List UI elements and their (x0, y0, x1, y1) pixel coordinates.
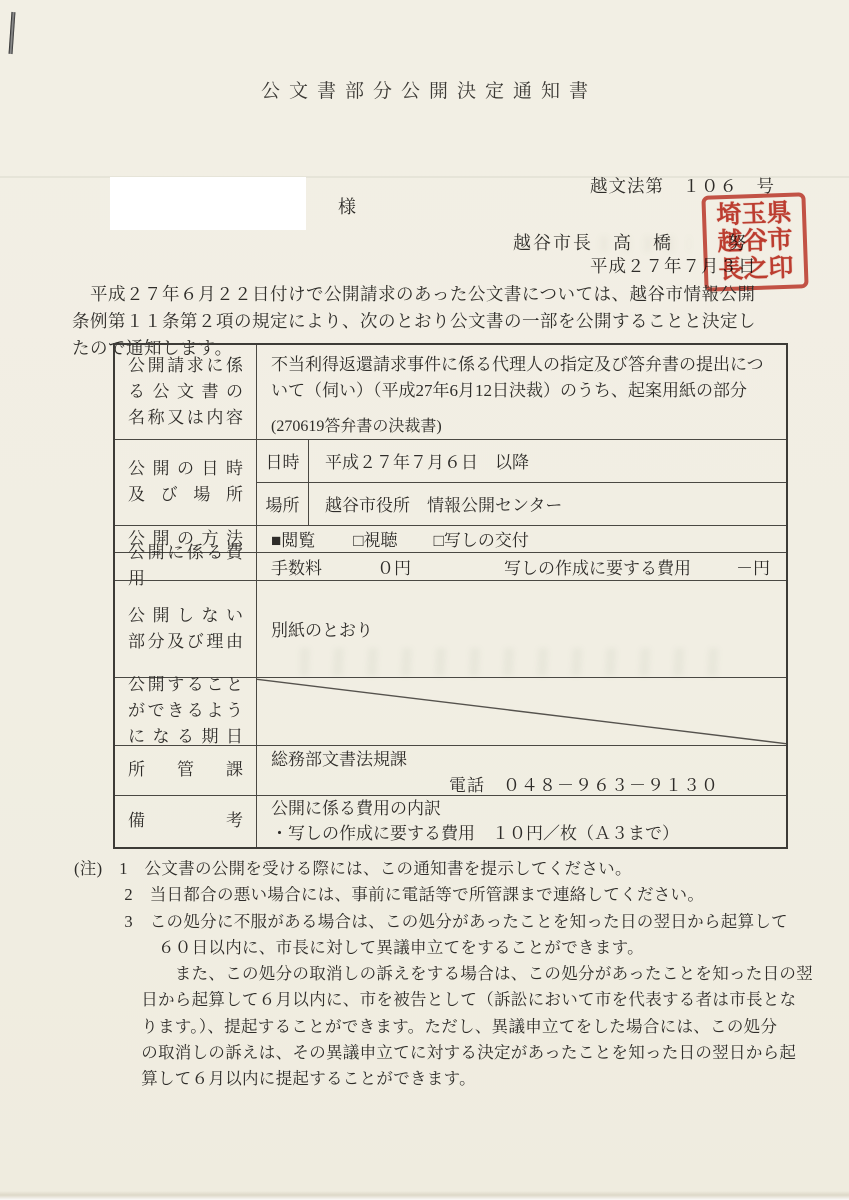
row-value-cell: ■閲覧 □視聴 □写しの交付 (257, 526, 786, 552)
row-value-cell: 不当利得返還請求事件に係る代理人の指定及び答弁書の提出につ いて（伺い）（平成2… (257, 345, 786, 439)
note-line: 算して６月以内に提起することができます。 (74, 1066, 814, 1092)
row-label-cell: 公開の日時 及び場所 (115, 440, 257, 525)
copy-fee-value: －円 (736, 554, 770, 579)
row-label: 公開請求に係 る公文書の 名称又は内容 (128, 353, 243, 431)
table-row-remarks: 備考 公開に係る費用の内訳 ・写しの作成に要する費用 １０円／枚（Ａ３まで） (115, 795, 786, 847)
mayor-official-seal: 埼玉県 越谷市 長之印 (701, 192, 808, 292)
row-label-cell: 公開に係る費用 (115, 553, 257, 580)
row-label-cell: 公開すること ができるよう になる期日 (115, 678, 257, 745)
row-label-cell: 公開請求に係 る公文書の 名称又は内容 (115, 345, 257, 439)
footnotes: (注) 1 公文書の公開を受ける際には、この通知書を提示してください。 2 当日… (74, 856, 814, 1093)
fee-key: 手数料 (271, 554, 322, 579)
subrow-key: 日時 (257, 440, 309, 482)
subrow-datetime: 日時 平成２７年７月６日 以降 (257, 440, 786, 482)
row-label: 所管課 (128, 757, 243, 783)
note-line: (注) 1 公文書の公開を受ける際には、この通知書を提示してください。 (74, 856, 814, 882)
checkbox-copy: □写しの交付 (434, 526, 529, 551)
document-name-note: (270619答弁書の決裁書) (271, 413, 776, 436)
document-title: 公文書部分公開決定通知書 (0, 76, 849, 103)
note-line: 2 当日都合の悪い場合には、事前に電話等で所管課まで連絡してください。 (74, 882, 814, 908)
division-phone: 電話 ０４８－９６３－９１３０ (449, 771, 786, 796)
subrow-key: 場所 (257, 483, 309, 525)
seal-text-row: 長之印 (708, 254, 805, 284)
redacted-addressee-name (110, 177, 306, 230)
row-value-cell: 公開に係る費用の内訳 ・写しの作成に要する費用 １０円／枚（Ａ３まで） (257, 796, 786, 847)
datetime-value: 平成２７年７月６日 以降 (309, 440, 786, 482)
note-line: ６０日以内に、市長に対して異議申立てをすることができます。 (74, 935, 814, 961)
row-label-cell: 備考 (115, 796, 257, 847)
row-value-cell (257, 678, 786, 745)
checkbox-audiovisual: □視聴 (353, 526, 397, 551)
table-row-datetime-place: 公開の日時 及び場所 日時 平成２７年７月６日 以降 場所 越谷市役所 情報公開… (115, 439, 786, 525)
table-row-fees: 公開に係る費用 手数料 ０円 写しの作成に要する費用 －円 (115, 552, 786, 580)
addressee-honorific: 様 (338, 193, 356, 219)
table-row-future-disclosure-date: 公開すること ができるよう になる期日 (115, 677, 786, 745)
row-value-cell: 総務部文書法規課 電話 ０４８－９６３－９１３０ (257, 746, 786, 795)
row-label-cell: 公開しない 部分及び理由 (115, 581, 257, 677)
remarks-line1: 公開に係る費用の内訳 (271, 796, 786, 821)
diagonal-strike-line (257, 678, 786, 745)
subrow-place: 場所 越谷市役所 情報公開センター (257, 482, 786, 525)
document-name-value: 不当利得返還請求事件に係る代理人の指定及び答弁書の提出につ いて（伺い）（平成2… (271, 352, 776, 404)
table-row-responsible-division: 所管課 総務部文書法規課 電話 ０４８－９６３－９１３０ (115, 745, 786, 795)
row-value-cell: 別紙のとおり (257, 581, 786, 677)
row-label: 公開しない 部分及び理由 (128, 603, 243, 655)
row-label: 備考 (128, 808, 243, 834)
division-name: 総務部文書法規課 (271, 745, 786, 770)
place-value: 越谷市役所 情報公開センター (309, 483, 786, 525)
note-line: また、この処分の取消しの訴えをする場合は、この処分があったことを知った日の翌 (74, 961, 814, 987)
fee-value: ０円 (377, 554, 411, 579)
nondisclosed-value: 別紙のとおり (271, 616, 373, 641)
row-label: 公開の日時 及び場所 (128, 456, 243, 508)
seal-text-row: 埼玉県 (706, 200, 803, 230)
staple-mark (9, 12, 16, 54)
row-label-cell: 所管課 (115, 746, 257, 795)
datetime-place-subrows: 日時 平成２７年７月６日 以降 場所 越谷市役所 情報公開センター (257, 440, 786, 525)
note-line: ります。）、提起することができます。ただし、異議申立てをした場合には、この処分 (74, 1014, 814, 1040)
scanned-document-page: 公文書部分公開決定通知書 越文法第 １０６ 号 平成２７年７月３日 様 越谷市長… (0, 0, 849, 1200)
row-label: 公開すること ができるよう になる期日 (128, 672, 243, 750)
note-line: の取消しの訴えは、その異議申立てに対する決定があったことを知った日の翌日から起 (74, 1040, 814, 1066)
note-line: 日から起算して６月以内に、市を被告として（訴訟において市を代表する者は市長とな (74, 987, 814, 1013)
seal-text-row: 越谷市 (707, 227, 804, 257)
copy-fee-key: 写しの作成に要する費用 (504, 554, 691, 579)
table-row-nondisclosed-parts: 公開しない 部分及び理由 別紙のとおり (115, 580, 786, 677)
table-row-document-name: 公開請求に係 る公文書の 名称又は内容 不当利得返還請求事件に係る代理人の指定及… (115, 345, 786, 439)
remarks-line2: ・写しの作成に要する費用 １０円／枚（Ａ３まで） (271, 821, 786, 846)
sender-name: 越谷市長 高 橋 (513, 229, 673, 255)
paper-bottom-edge (0, 1191, 849, 1200)
note-line: 3 この処分に不服がある場合は、この処分があったことを知った日の翌日から起算して (74, 909, 814, 935)
row-value-cell: 手数料 ０円 写しの作成に要する費用 －円 (257, 553, 786, 580)
disclosure-decision-table: 公開請求に係 る公文書の 名称又は内容 不当利得返還請求事件に係る代理人の指定及… (113, 343, 788, 849)
checkbox-view-checked: ■閲覧 (271, 526, 315, 551)
